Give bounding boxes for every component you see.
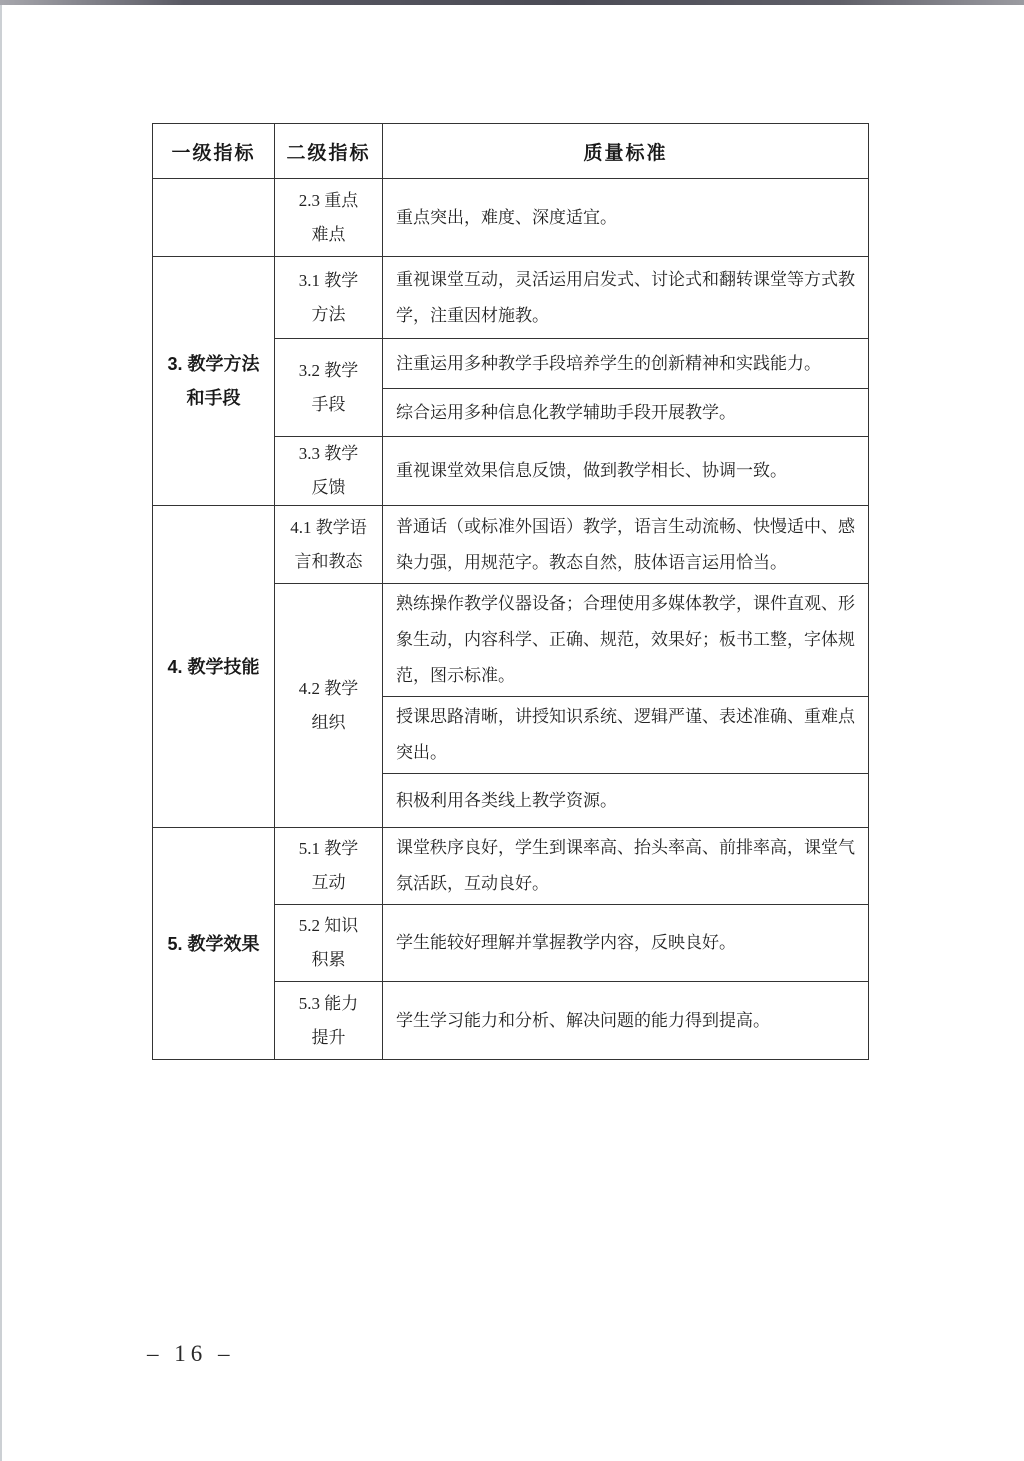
cell-level2-3-2: 3.2 教学 手段: [275, 339, 383, 437]
cell-standard-2-3: 重点突出，难度、深度适宜。: [383, 179, 869, 257]
cell-standard-5-1: 课堂秩序良好，学生到课率高、抬头率高、前排率高，课堂气氛活跃，互动良好。: [383, 828, 869, 905]
cell-level2-4-2: 4.2 教学 组织: [275, 584, 383, 828]
cell-level2-3-3: 3.3 教学 反馈: [275, 437, 383, 506]
header-level2-indicator: 二级指标: [275, 124, 383, 179]
cell-level2-4-1: 4.1 教学语 言和教态: [275, 506, 383, 584]
table-row: 2.3 重点 难点 重点突出，难度、深度适宜。: [153, 179, 869, 257]
table-header-row: 一级指标 二级指标 质量标准: [153, 124, 869, 179]
cell-standard-5-3: 学生学习能力和分析、解决问题的能力得到提高。: [383, 982, 869, 1060]
cell-level2-5-3: 5.3 能力 提升: [275, 982, 383, 1060]
cell-standard-3-2b: 综合运用多种信息化教学辅助手段开展教学。: [383, 389, 869, 437]
page-number: – 16 –: [147, 1341, 235, 1367]
cell-standard-4-2c: 积极利用各类线上教学资源。: [383, 774, 869, 828]
table-row: 5. 教学效果 5.1 教学 互动 课堂秩序良好，学生到课率高、抬头率高、前排率…: [153, 828, 869, 905]
scan-edge-top: [0, 0, 1024, 5]
cell-standard-3-2a: 注重运用多种教学手段培养学生的创新精神和实践能力。: [383, 339, 869, 389]
scan-edge-left: [0, 5, 2, 1461]
cell-standard-3-3: 重视课堂效果信息反馈，做到教学相长、协调一致。: [383, 437, 869, 506]
cell-standard-4-2b: 授课思路清晰，讲授知识系统、逻辑严谨、表述准确、重难点突出。: [383, 697, 869, 774]
cell-standard-5-2: 学生能较好理解并掌握教学内容，反映良好。: [383, 905, 869, 982]
cell-level2-5-2: 5.2 知识 积累: [275, 905, 383, 982]
cell-level1-empty: [153, 179, 275, 257]
cell-level2-3-1: 3.1 教学 方法: [275, 257, 383, 339]
cell-standard-4-1: 普通话（或标准外国语）教学，语言生动流畅、快慢适中、感染力强，用规范字。教态自然…: [383, 506, 869, 584]
table-row: 3. 教学方法 和手段 3.1 教学 方法 重视课堂互动，灵活运用启发式、讨论式…: [153, 257, 869, 339]
table-row: 4. 教学技能 4.1 教学语 言和教态 普通话（或标准外国语）教学，语言生动流…: [153, 506, 869, 584]
header-level1-indicator: 一级指标: [153, 124, 275, 179]
cell-level2-2-3: 2.3 重点 难点: [275, 179, 383, 257]
cell-level1-section4: 4. 教学技能: [153, 506, 275, 828]
cell-standard-3-1: 重视课堂互动，灵活运用启发式、讨论式和翻转课堂等方式教学，注重因材施教。: [383, 257, 869, 339]
cell-standard-4-2a: 熟练操作教学仪器设备；合理使用多媒体教学，课件直观、形象生动，内容科学、正确、规…: [383, 584, 869, 697]
quality-standards-table: 一级指标 二级指标 质量标准 2.3 重点 难点 重点突出，难度、深度适宜。 3…: [152, 123, 869, 1060]
cell-level1-section5: 5. 教学效果: [153, 828, 275, 1060]
cell-level2-5-1: 5.1 教学 互动: [275, 828, 383, 905]
cell-level1-section3: 3. 教学方法 和手段: [153, 257, 275, 506]
header-quality-standard: 质量标准: [383, 124, 869, 179]
